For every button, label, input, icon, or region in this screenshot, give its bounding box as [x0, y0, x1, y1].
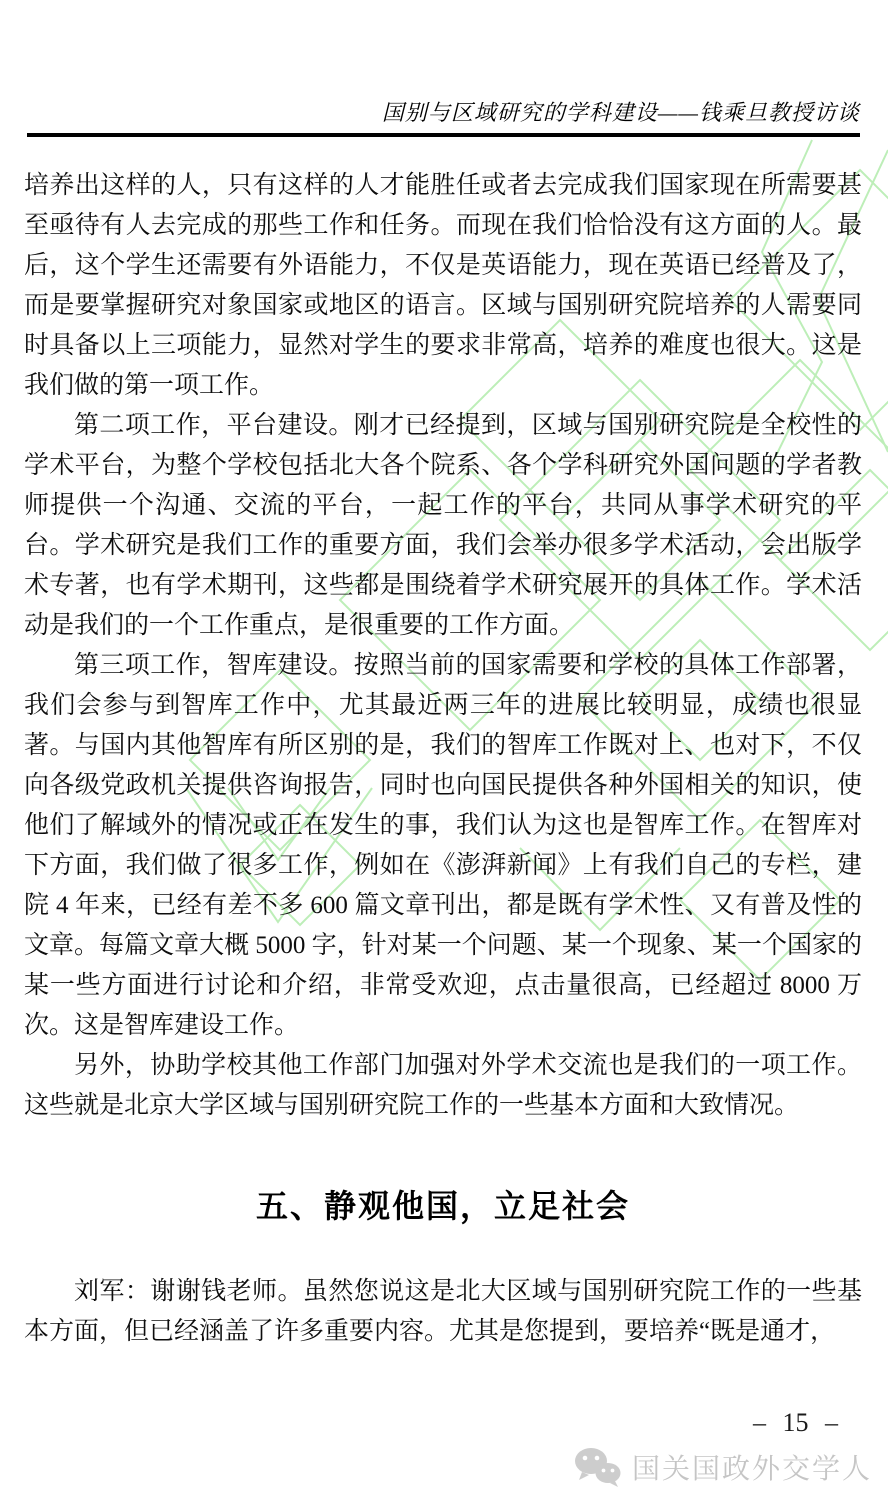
section-heading: 五、静观他国，立足社会 [24, 1184, 862, 1228]
paragraph-continuation: 培养出这样的人，只有这样的人才能胜任或者去完成我们国家现在所需要甚至亟待有人去完… [24, 166, 862, 406]
page-body: 培养出这样的人，只有这样的人才能胜任或者去完成我们国家现在所需要甚至亟待有人去完… [24, 166, 862, 1352]
brand-name: 国关国政外交学人 [632, 1447, 872, 1487]
document-page: 国别与区域研究的学科建设——钱乘旦教授访谈 培养出这样的人，只有这样的人才能胜任… [0, 0, 888, 1506]
running-header-block: 国别与区域研究的学科建设——钱乘旦教授访谈 [27, 0, 860, 137]
page-number: – 15 – [753, 1408, 838, 1438]
running-header-title: 国别与区域研究的学科建设——钱乘旦教授访谈 [27, 0, 860, 126]
wechat-icon [574, 1446, 622, 1488]
header-divider [27, 133, 860, 137]
brand-footer: 国关国政外交学人 [574, 1446, 872, 1488]
paragraph-other-work: 另外，协助学校其他工作部门加强对外学术交流也是我们的一项工作。这些就是北京大学区… [24, 1046, 862, 1126]
paragraph-platform: 第二项工作，平台建设。刚才已经提到，区域与国别研究院是全校性的学术平台，为整个学… [24, 406, 862, 646]
paragraph-interviewer: 刘军：谢谢钱老师。虽然您说这是北大区域与国别研究院工作的一些基本方面，但已经涵盖… [24, 1272, 862, 1352]
paragraph-thinktank: 第三项工作，智库建设。按照当前的国家需要和学校的具体工作部署，我们会参与到智库工… [24, 646, 862, 1046]
